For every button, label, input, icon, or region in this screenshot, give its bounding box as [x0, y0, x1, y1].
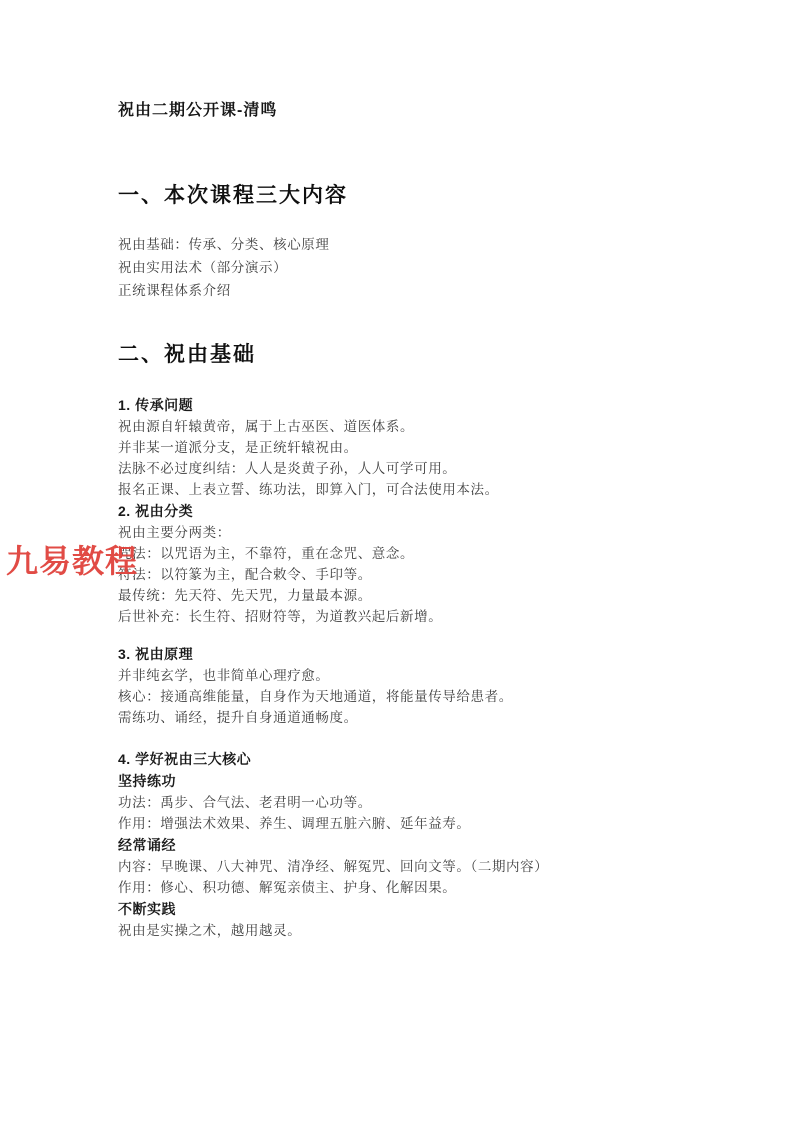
body-line: 咒法：以咒语为主，不靠符，重在念咒、意念。 [118, 543, 684, 564]
body-line: 内容：早晚课、八大神咒、清净经、解冤咒、回向文等。（二期内容） [118, 856, 684, 877]
body-line: 祝由是实操之术，越用越灵。 [118, 920, 684, 941]
subsection-1-body: 祝由源自轩辕黄帝，属于上古巫医、道医体系。 并非某一道派分支，是正统轩辕祝由。 … [118, 416, 684, 500]
document-content: 祝由二期公开课-清鸣 一、本次课程三大内容 祝由基础：传承、分类、核心原理 祝由… [118, 0, 684, 941]
body-line: 报名正课、上表立誓、练功法，即算入门，可合法使用本法。 [118, 479, 684, 500]
part1-paragraph: 祝由基础：传承、分类、核心原理 祝由实用法术（部分演示） 正统课程体系介绍 [118, 233, 684, 302]
heading-part1: 一、本次课程三大内容 [118, 181, 684, 211]
body-line: 祝由实用法术（部分演示） [118, 256, 684, 279]
body-line: 最传统：先天符、先天咒，力量最本源。 [118, 585, 684, 606]
core-application-body: 祝由是实操之术，越用越灵。 [118, 920, 684, 941]
core-label-chanting: 经常诵经 [118, 834, 684, 856]
watermark: 九易教程 [6, 541, 138, 581]
subsection-3-body: 并非纯玄学，也非简单心理疗愈。 核心：接通高维能量，自身作为天地通道，将能量传导… [118, 665, 684, 728]
subsection-title-1: 1. 传承问题 [118, 394, 684, 416]
core-practice-body: 功法：禹步、合气法、老君明一心功等。 作用：增强法术效果、养生、调理五脏六腑、延… [118, 792, 684, 834]
core-chanting-body: 内容：早晚课、八大神咒、清净经、解冤咒、回向文等。（二期内容） 作用：修心、积功… [118, 856, 684, 898]
heading-part2: 二、祝由基础 [118, 340, 684, 370]
body-line: 正统课程体系介绍 [118, 279, 684, 302]
core-label-application: 不断实践 [118, 898, 684, 920]
subsection-title-4: 4. 学好祝由三大核心 [118, 748, 684, 770]
subsection-2-body: 祝由主要分两类： 咒法：以咒语为主，不靠符，重在念咒、意念。 符法：以符篆为主，… [118, 522, 684, 627]
body-line: 并非纯玄学，也非简单心理疗愈。 [118, 665, 684, 686]
body-line: 并非某一道派分支，是正统轩辕祝由。 [118, 437, 684, 458]
body-line: 后世补充：长生符、招财符等，为道教兴起后新增。 [118, 606, 684, 627]
core-label-practice: 坚持练功 [118, 770, 684, 792]
body-line: 核心：接通高维能量，自身作为天地通道，将能量传导给患者。 [118, 686, 684, 707]
body-line: 符法：以符篆为主，配合敕令、手印等。 [118, 564, 684, 585]
body-line: 法脉不必过度纠结：人人是炎黄子孙，人人可学可用。 [118, 458, 684, 479]
body-line: 祝由基础：传承、分类、核心原理 [118, 233, 684, 256]
subsection-title-3: 3. 祝由原理 [118, 643, 684, 665]
subsection-title-2: 2. 祝由分类 [118, 500, 684, 522]
document-title: 祝由二期公开课-清鸣 [118, 99, 684, 123]
body-line: 功法：禹步、合气法、老君明一心功等。 [118, 792, 684, 813]
body-line: 作用：修心、积功德、解冤亲债主、护身、化解因果。 [118, 877, 684, 898]
body-line: 作用：增强法术效果、养生、调理五脏六腑、延年益寿。 [118, 813, 684, 834]
body-line: 需练功、诵经，提升自身通道通畅度。 [118, 707, 684, 728]
body-line: 祝由源自轩辕黄帝，属于上古巫医、道医体系。 [118, 416, 684, 437]
body-line: 祝由主要分两类： [118, 522, 684, 543]
document-page: 九易教程 祝由二期公开课-清鸣 一、本次课程三大内容 祝由基础：传承、分类、核心… [0, 0, 794, 1123]
